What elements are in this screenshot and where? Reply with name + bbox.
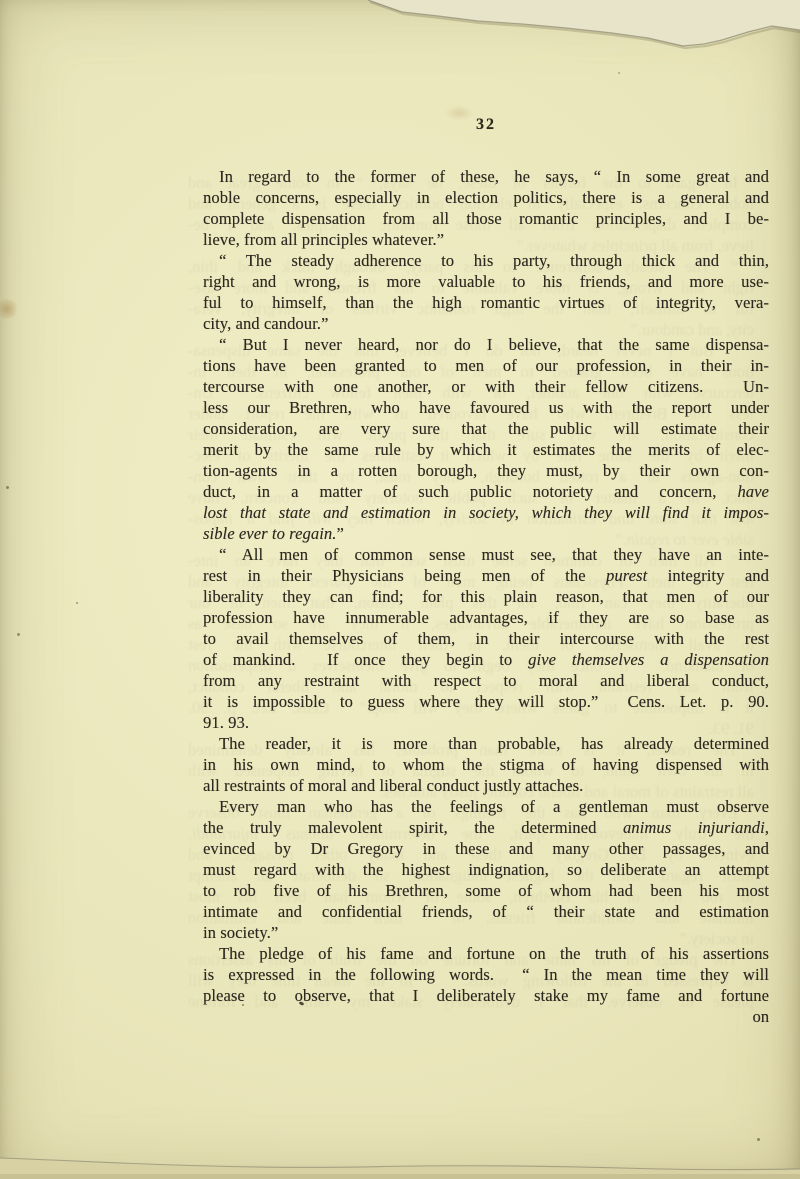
text-line: in society.” <box>203 922 769 943</box>
text-segment: to avail themselves of them, in their in… <box>203 629 769 648</box>
ink-speck <box>6 486 9 489</box>
text-line: tions have been granted to men of our pr… <box>203 355 769 376</box>
text-line: city, and candour.” <box>203 313 769 334</box>
text-segment: all restraints of moral and liberal cond… <box>203 776 583 795</box>
text-line: sible ever to regain.” <box>203 523 769 544</box>
text-segment: “ All men of common sense must see, that… <box>219 545 769 564</box>
text-line: tion-agents in a rotten borough, they mu… <box>203 460 769 481</box>
text-line: in his own mind, to whom the stigma of h… <box>203 754 769 775</box>
text-line: ful to himself, than the high romantic v… <box>203 292 769 313</box>
text-segment: duct, in a matter of such public notorie… <box>203 482 737 501</box>
text-line: merit by the same rule by which it estim… <box>203 439 769 460</box>
text-line: right and wrong, is more valuable to his… <box>203 271 769 292</box>
italic-text-segment: have <box>737 482 769 501</box>
text-segment: right and wrong, is more valuable to his… <box>203 272 769 291</box>
ink-speck <box>17 633 20 636</box>
text-segment: In regard to the former of these, he say… <box>219 167 769 186</box>
text-line: to avail themselves of them, in their in… <box>203 628 769 649</box>
text-line: “ The steady adherence to his party, thr… <box>203 250 769 271</box>
text-segment: noble concerns, especially in election p… <box>203 188 769 207</box>
text-segment: of mankind. If once they begin to <box>203 650 528 669</box>
text-line: The pledge of his fame and fortune on th… <box>203 943 769 964</box>
text-segment: “ The steady adherence to his party, thr… <box>219 251 769 270</box>
italic-text-segment: purest <box>606 566 647 585</box>
ink-speck <box>618 72 620 74</box>
text-line: profession have innumerable advantages, … <box>203 607 769 628</box>
text-line: “ All men of common sense must see, that… <box>203 544 769 565</box>
text-segment: complete dispensation from all those rom… <box>203 209 769 228</box>
text-segment: please to observe, that I deliberately s… <box>203 986 769 1005</box>
text-segment: liberality they can find; for this plain… <box>203 587 769 606</box>
text-line: 91. 93. <box>203 712 769 733</box>
text-segment: 91. 93. <box>203 713 249 732</box>
text-segment: to rob five of his Brethren, some of who… <box>203 881 769 900</box>
text-segment: The reader, it is more than probable, ha… <box>219 734 769 753</box>
text-line: complete dispensation from all those rom… <box>203 208 769 229</box>
text-segment: , <box>188 824 192 843</box>
text-segment: Every man who has the feelings of a gent… <box>219 797 769 816</box>
text-line: intimate and confidential friends, of “ … <box>203 901 769 922</box>
text-line: duct, in a matter of such public notorie… <box>203 481 769 502</box>
text-line: less our Brethren, who have favoured us … <box>203 397 769 418</box>
text-line: consideration, are very sure that the pu… <box>203 418 769 439</box>
page-number: 32 <box>203 116 769 134</box>
text-segment: intimate and confidential friends, of “ … <box>203 902 769 921</box>
text-segment: rest in their Physicians being men of th… <box>203 566 606 585</box>
text-line: rest in their Physicians being men of th… <box>203 565 769 586</box>
text-segment: tions have been granted to men of our pr… <box>203 356 769 375</box>
text-line: the truly malevolent spirit, the determi… <box>203 817 769 838</box>
text-line: evinced by Dr Gregory in these and many … <box>203 838 769 859</box>
text-line: from any restraint with respect to moral… <box>203 670 769 691</box>
text-line: Every man who has the feelings of a gent… <box>203 796 769 817</box>
text-segment: The pledge of his fame and fortune on th… <box>219 944 769 963</box>
text-segment: is expressed in the following words. “ I… <box>203 965 769 984</box>
italic-text-segment: animus injuriandi <box>623 818 765 837</box>
text-segment: in his own mind, to whom the stigma of h… <box>203 755 769 774</box>
text-segment: city, and candour.” <box>203 314 328 333</box>
text-segment: , <box>765 818 769 837</box>
text-line: The reader, it is more than probable, ha… <box>203 733 769 754</box>
text-segment: tion-agents in a rotten borough, they mu… <box>203 461 769 480</box>
text-line: must regard with the highest indignation… <box>203 859 769 880</box>
text-line: of mankind. If once they begin to give t… <box>203 649 769 670</box>
text-segment: profession have innumerable advantages, … <box>203 608 769 627</box>
text-segment: ful to himself, than the high romantic v… <box>203 293 769 312</box>
text-segment: tercourse with one another, or with thei… <box>203 377 769 396</box>
text-line: lost that state and estimation in societ… <box>203 502 769 523</box>
text-segment: the truly malevolent spirit, the determi… <box>203 818 623 837</box>
paper-stain <box>0 299 18 319</box>
text-segment: lieve, from all principles whatever.” <box>203 230 444 249</box>
book-page-scan: In regard to the former of these, he say… <box>0 0 800 1179</box>
text-line: noble concerns, especially in election p… <box>203 187 769 208</box>
italic-text-segment: lost that state and estimation in societ… <box>203 503 769 522</box>
ink-speck <box>757 1138 760 1141</box>
text-segment: in society.” <box>203 923 278 942</box>
text-segment: must regard with the highest indignation… <box>203 860 769 879</box>
text-line: tercourse with one another, or with thei… <box>203 376 769 397</box>
text-segment: consideration, are very sure that the pu… <box>203 419 769 438</box>
text-block: In regard to the former of these, he say… <box>203 166 769 1006</box>
text-line: lieve, from all principles whatever.” <box>203 229 769 250</box>
text-segment: from any restraint with respect to moral… <box>203 671 769 690</box>
text-line: In regard to the former of these, he say… <box>203 166 769 187</box>
text-line: it is impossible to guess where they wil… <box>203 691 769 712</box>
text-line: “ But I never heard, nor do I believe, t… <box>203 334 769 355</box>
page-tear-top <box>0 0 800 70</box>
text-segment: integrity and <box>647 566 769 585</box>
text-segment: merit by the same rule by which it estim… <box>203 440 769 459</box>
text-segment: “ But I never heard, nor do I believe, t… <box>219 335 769 354</box>
catchword: on <box>203 1006 769 1027</box>
text-line: to rob five of his Brethren, some of who… <box>203 880 769 901</box>
text-segment: ” <box>336 524 343 543</box>
italic-text-segment: give themselves a dispensation <box>528 650 769 669</box>
text-line: all restraints of moral and liberal cond… <box>203 775 769 796</box>
text-line: is expressed in the following words. “ I… <box>203 964 769 985</box>
text-segment: evinced by Dr Gregory in these and many … <box>203 839 769 858</box>
text-line: please to observe, that I deliberately s… <box>203 985 769 1006</box>
page-crease-bottom <box>0 1149 800 1179</box>
ink-speck <box>76 602 78 604</box>
text-line: liberality they can find; for this plain… <box>203 586 769 607</box>
text-segment: less our Brethren, who have favoured us … <box>203 398 769 417</box>
text-segment: it is impossible to guess where they wil… <box>203 692 769 711</box>
italic-text-segment: sible ever to regain. <box>203 524 336 543</box>
